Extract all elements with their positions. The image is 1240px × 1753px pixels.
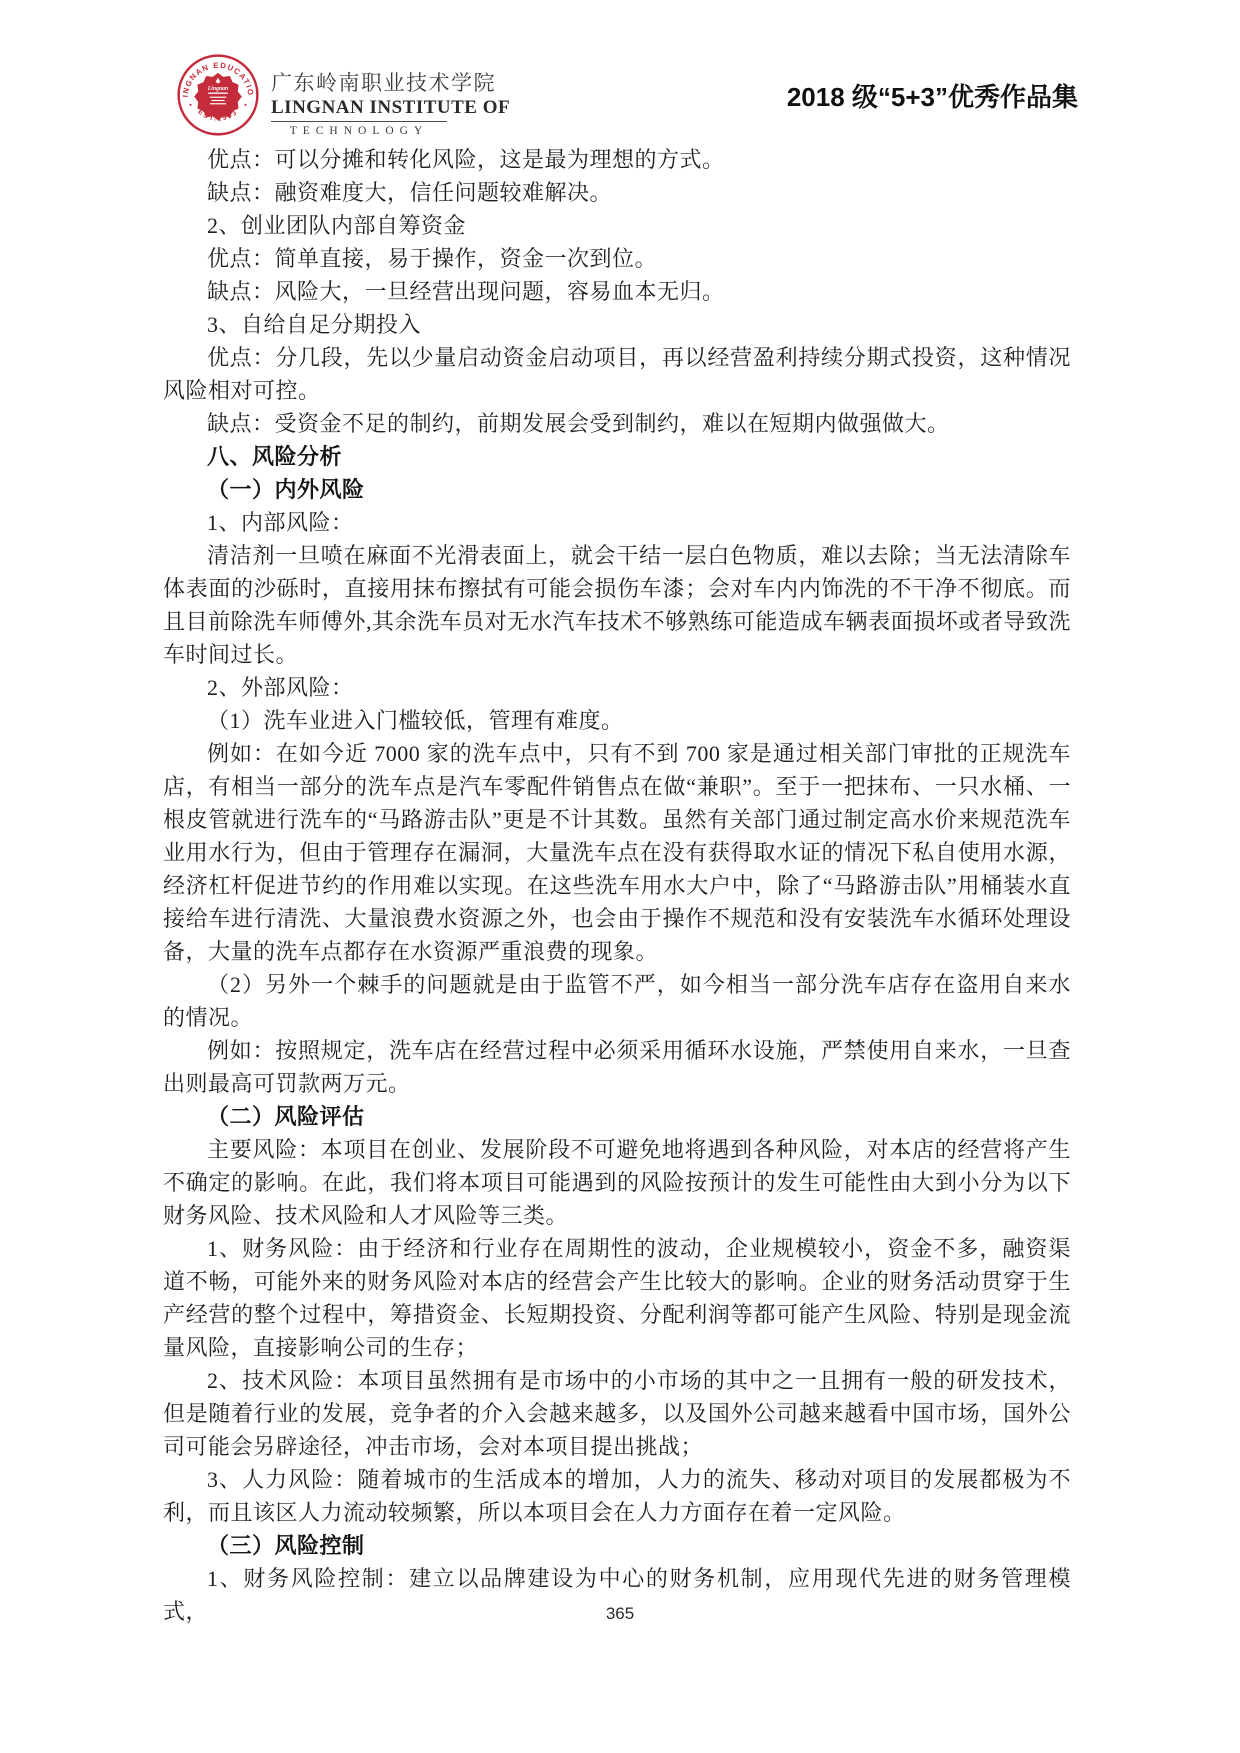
paragraph: 2、技术风险：本项目虽然拥有是市场中的小市场的其中之一且拥有一般的研发技术，但是… [163,1364,1071,1463]
paragraph: 缺点：风险大，一旦经营出现问题，容易血本无归。 [163,275,1071,308]
section-heading: （三）风险控制 [163,1529,1071,1562]
section-heading: （二）风险评估 [163,1100,1071,1133]
collection-title: 2018 级“5+3”优秀作品集 [787,82,1078,112]
paragraph: 3、自给自足分期投入 [163,308,1071,341]
page-header: LINGNAN EDUCATION EST.1993 Lingnan 广 [0,0,1240,140]
paragraph: 清洁剂一旦喷在麻面不光滑表面上，就会干结一层白色物质，难以去除；当无法清除车体表… [163,539,1071,671]
university-name-block: 广东岭南职业技术学院 LINGNAN INSTITUTE OF TECHNOLO… [271,72,511,138]
section-heading: 八、风险分析 [163,440,1071,473]
paragraph: 2、外部风险： [163,671,1071,704]
document-body: 优点：可以分摊和转化风险，这是最为理想的方式。缺点：融资难度大，信任问题较难解决… [163,143,1071,1628]
university-name-en-line1: LINGNAN INSTITUTE OF [271,97,511,119]
paragraph: 1、财务风险：由于经济和行业存在周期性的波动，企业规模较小，资金不多，融资渠道不… [163,1232,1071,1364]
university-name-cn: 广东岭南职业技术学院 [271,72,511,96]
seal-inner-text: Lingnan [207,86,228,92]
document-page: LINGNAN EDUCATION EST.1993 Lingnan 广 [0,0,1240,1753]
paragraph: 3、人力风险：随着城市的生活成本的增加，人力的流失、移动对项目的发展都极为不利，… [163,1463,1071,1529]
page-number: 365 [0,1604,1240,1624]
paragraph: 例如：在如今近 7000 家的洗车点中，只有不到 700 家是通过相关部门审批的… [163,737,1071,968]
university-seal-icon: LINGNAN EDUCATION EST.1993 Lingnan [177,54,259,136]
paragraph: （1）洗车业进入门槛较低，管理有难度。 [163,704,1071,737]
paragraph: （2）另外一个棘手的问题就是由于监管不严，如今相当一部分洗车店存在盗用自来水的情… [163,968,1071,1034]
paragraph: 1、内部风险： [163,506,1071,539]
paragraph: 缺点：融资难度大，信任问题较难解决。 [163,176,1071,209]
paragraph: 缺点：受资金不足的制约，前期发展会受到制约，难以在短期内做强做大。 [163,407,1071,440]
paragraph: 2、创业团队内部自筹资金 [163,209,1071,242]
paragraph: 主要风险：本项目在创业、发展阶段不可避免地将遇到各种风险，对本店的经营将产生不确… [163,1133,1071,1232]
paragraph: 优点：可以分摊和转化风险，这是最为理想的方式。 [163,143,1071,176]
university-name-en-line2: TECHNOLOGY [271,124,447,138]
logo-divider [271,121,447,122]
section-heading: （一）内外风险 [163,473,1071,506]
paragraph: 例如：按照规定，洗车店在经营过程中必须采用循环水设施，严禁使用自来水，一旦查出则… [163,1034,1071,1100]
paragraph: 优点：简单直接，易于操作，资金一次到位。 [163,242,1071,275]
paragraph: 优点：分几段，先以少量启动资金启动项目，再以经营盈利持续分期式投资，这种情况风险… [163,341,1071,407]
